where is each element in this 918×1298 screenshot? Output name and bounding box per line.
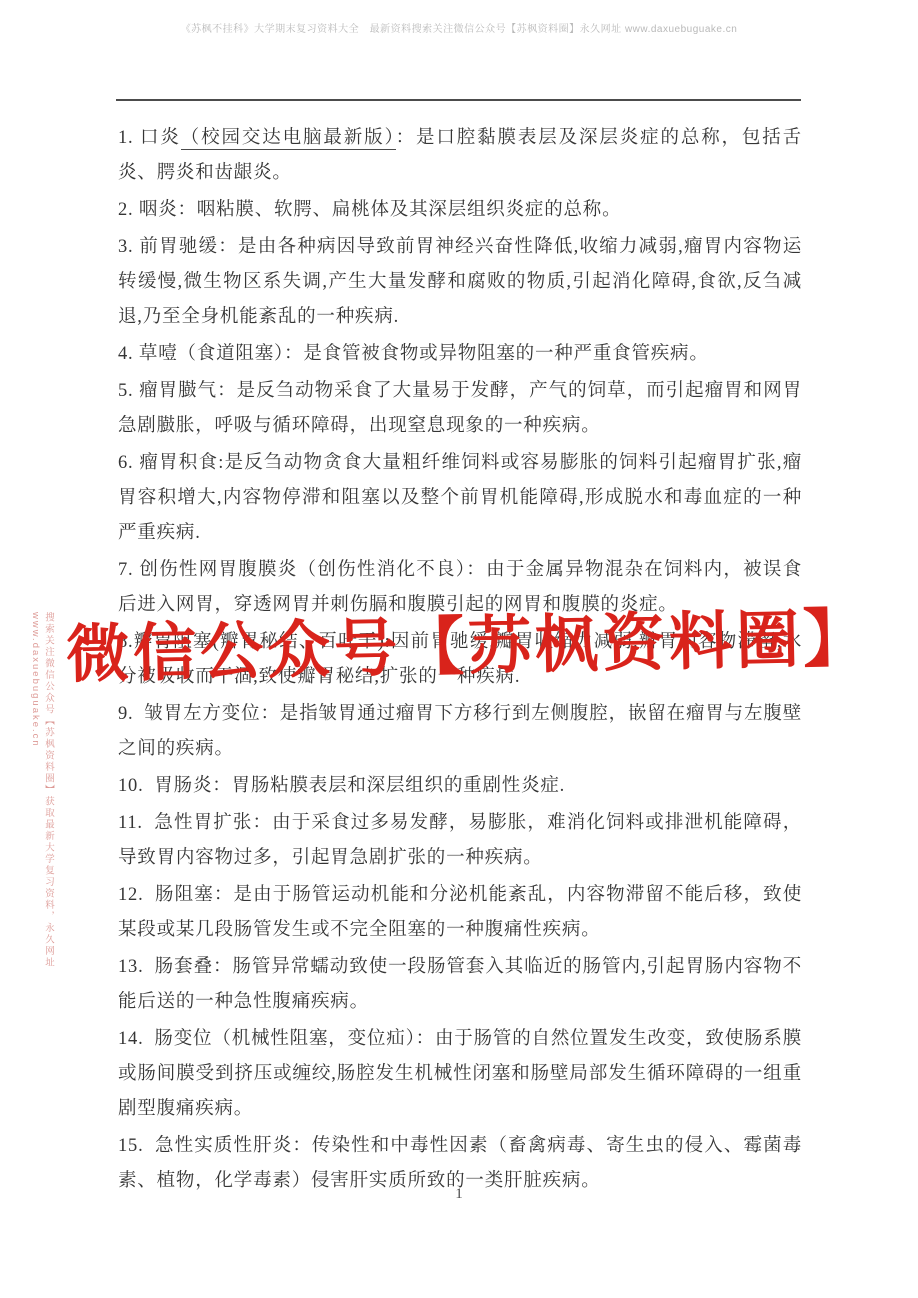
definition-1-underlined-annotation: （校园交达电脑最新版）	[181, 128, 396, 150]
definition-item-13: 13. 肠套叠：肠管异常蠕动致使一段肠管套入其临近的肠管内,引起胃肠内容物不能后…	[118, 950, 802, 1020]
definition-item-10: 10. 胃肠炎：胃肠粘膜表层和深层组织的重剧性炎症.	[118, 769, 802, 804]
definition-item-6: 6. 瘤胃积食:是反刍动物贪食大量粗纤维饲料或容易膨胀的饲料引起瘤胃扩张,瘤胃容…	[118, 446, 802, 551]
header-watermark-text: 《苏枫不挂科》大学期末复习资料大全 最新资料搜索关注微信公众号【苏枫资料圈】永久…	[181, 24, 738, 35]
side-watermark-text: 搜索关注微信公众号【苏枫资料圈】获取最新大学复习资料，永久网址 www.daxu…	[30, 612, 55, 1057]
definition-item-14: 14. 肠变位（机械性阻塞，变位疝）：由于肠管的自然位置发生改变，致使肠系膜或肠…	[118, 1022, 802, 1127]
definitions-list: 1. 口炎（校园交达电脑最新版）：是口腔黏膜表层及深层炎症的总称，包括舌炎、腭炎…	[118, 121, 802, 1201]
definition-item-9: 9. 皱胃左方变位：是指皱胃通过瘤胃下方移行到左侧腹腔，嵌留在瘤胃与左腹壁之间的…	[118, 697, 802, 767]
definition-item-7: 7. 创伤性网胃腹膜炎（创伤性消化不良）：由于金属异物混杂在饲料内，被误食后进入…	[118, 553, 802, 623]
page-number: 1	[0, 1186, 918, 1203]
page-header: 《苏枫不挂科》大学期末复习资料大全 最新资料搜索关注微信公众号【苏枫资料圈】永久…	[0, 20, 918, 35]
definition-item-2: 2. 咽炎：咽粘膜、软腭、扁桃体及其深层组织炎症的总称。	[118, 193, 802, 228]
definition-1-lead: 1. 口炎	[118, 128, 181, 148]
definition-item-5: 5. 瘤胃臌气：是反刍动物采食了大量易于发酵，产气的饲草，而引起瘤胃和网胃急剧臌…	[118, 374, 802, 444]
definition-item-12: 12. 肠阻塞：是由于肠管运动机能和分泌机能紊乱，内容物滞留不能后移，致使某段或…	[118, 878, 802, 948]
definition-item-11: 11. 急性胃扩张：由于采食过多易发酵，易膨胀，难消化饲料或排泄机能障碍，导致胃…	[118, 806, 802, 876]
definition-item-3: 3. 前胃驰缓：是由各种病因导致前胃神经兴奋性降低,收缩力减弱,瘤胃内容物运转缓…	[118, 230, 802, 335]
definition-item-8: 8.瓣胃阻塞(瓣胃秘结、百叶干):因前胃驰缓,瓣胃收缩力减弱,瓣胃内容物滞留,水…	[118, 625, 802, 695]
document-page: 《苏枫不挂科》大学期末复习资料大全 最新资料搜索关注微信公众号【苏枫资料圈】永久…	[0, 0, 918, 1298]
header-divider	[116, 99, 801, 101]
definition-item-4: 4. 草噎（食道阻塞）：是食管被食物或异物阻塞的一种严重食管疾病。	[118, 337, 802, 372]
definition-item-1: 1. 口炎（校园交达电脑最新版）：是口腔黏膜表层及深层炎症的总称，包括舌炎、腭炎…	[118, 121, 802, 191]
